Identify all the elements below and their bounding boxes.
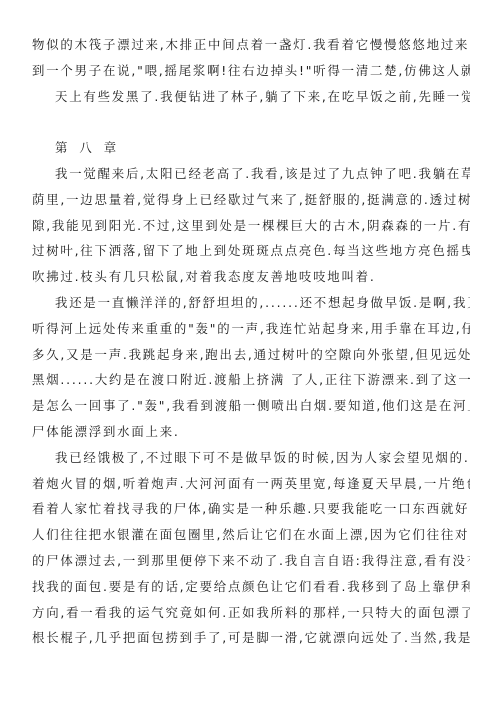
spacer bbox=[32, 109, 470, 135]
text-line: 我一觉醒来后,太阳已经老高了.我看,该是过了九点钟了吧.我躺在草地上阴冷的树 bbox=[32, 161, 470, 187]
text-line: 是怎么一回事了."轰",我看到渡船一侧喷出白烟.要知道,他们这是在河上放炮,指望… bbox=[32, 393, 470, 419]
text-line: 看着人家忙着找寻我的尸体,确实是一种乐趣.只要我能吃一口东西就好.嗯,我突然想起… bbox=[32, 496, 470, 522]
text-line: 多久,又是一声.我跳起身来,跑出去,通过树叶的空隙向外张望,但见远处大河之上一团 bbox=[32, 342, 470, 368]
text-line: 根长棍子,几乎把面包捞到手了,可是脚一滑,它就漂向远处了.当然,我是等在水流最靠 bbox=[32, 625, 470, 651]
paragraph: 我还是一直懒洋洋的,舒舒坦坦的,......还不想起身做早饭.是啊,我又打起了盹… bbox=[32, 290, 470, 445]
text-line: 隙,我能见到阳光.不过,这里到处是一棵棵巨大的古木,阴森森的一片.有些地方,阳光… bbox=[32, 213, 470, 239]
text-line: 到一个男子在说,"喂,摇尾浆啊!往右边掉头!"听得一清二楚,仿佛这人就在身边. bbox=[32, 58, 470, 84]
text-line: 方向,看一看我的运气究竟如何.正如我所料的那样,一只特大的面包漂了过来,我凭着一 bbox=[32, 600, 470, 626]
text-line: 尸体能漂浮到水面上来. bbox=[32, 419, 470, 445]
text-line: 找我的面包.要是有的话,定要给点颜色让它们看看.我移到了岛上靠伊利诺斯州一边的 bbox=[32, 574, 470, 600]
text-line: 荫里,一边思量着,觉得身上已经歇过气来了,挺舒服的,挺满意的.透过树荫的两三处空 bbox=[32, 187, 470, 213]
text-line: 人们往往把水银灌在面包圈里,然后让它们在水面上漂,因为它们往往对准了沉在下面 bbox=[32, 522, 470, 548]
text-line: 过树叶,往下洒落,留下了地上到处斑斑点点亮色.每当这些地方亮色摇曳,便知道有微风 bbox=[32, 238, 470, 264]
text-line: 吹拂过.枝头有几只松鼠,对着我态度友善地吱吱地叫着. bbox=[32, 264, 470, 290]
paragraph: 我已经饿极了,不过眼下可不是做早饭的时候,因为人家会望见烟的.我就坐下来,看 着… bbox=[32, 445, 470, 651]
text-line: 我还是一直懒洋洋的,舒舒坦坦的,......还不想起身做早饭.是啊,我又打起了盹… bbox=[32, 290, 470, 316]
text-line: 着炮火冒的烟,听着炮声.大河河面有一两英里宽,每逢夏天早晨,一片绝色风光....… bbox=[32, 471, 470, 497]
text-line: 我已经饿极了,不过眼下可不是做早饭的时候,因为人家会望见烟的.我就坐下来,看 bbox=[32, 445, 470, 471]
text-line: 黑烟......大约是在渡口附近.渡船上挤满 了人,正往下游漂来.到了这一刻,我… bbox=[32, 367, 470, 393]
paragraph: 天上有些发黑了.我便钻进了林子,躺了下来,在吃早饭之前,先睡一觉吧. bbox=[32, 84, 470, 110]
paragraph-continued: 物似的木筏子漂过来,木排正中间点着一盏灯.我看着它慢慢悠悠地过来,快到跟前时听 … bbox=[32, 32, 470, 84]
chapter-heading: 第八章 bbox=[32, 135, 470, 161]
text-line: 天上有些发黑了.我便钻进了林子,躺了下来,在吃早饭之前,先睡一觉吧. bbox=[32, 84, 470, 110]
document-page: 物似的木筏子漂过来,木排正中间点着一盏灯.我看着它慢慢悠悠地过来,快到跟前时听 … bbox=[32, 32, 470, 651]
paragraph: 我一觉醒来后,太阳已经老高了.我看,该是过了九点钟了吧.我躺在草地上阴冷的树 荫… bbox=[32, 161, 470, 290]
text-line: 听得河上远处传来重重的"轰"的一声,我连忙站起身来,用手靠在耳边,仔细地倾听.没… bbox=[32, 316, 470, 342]
text-line: 物似的木筏子漂过来,木排正中间点着一盏灯.我看着它慢慢悠悠地过来,快到跟前时听 bbox=[32, 32, 470, 58]
text-line: 的尸体漂过去,一到那里便停下来不动了.我自言自语:我得注意,看有没有漂到我身边来 bbox=[32, 548, 470, 574]
